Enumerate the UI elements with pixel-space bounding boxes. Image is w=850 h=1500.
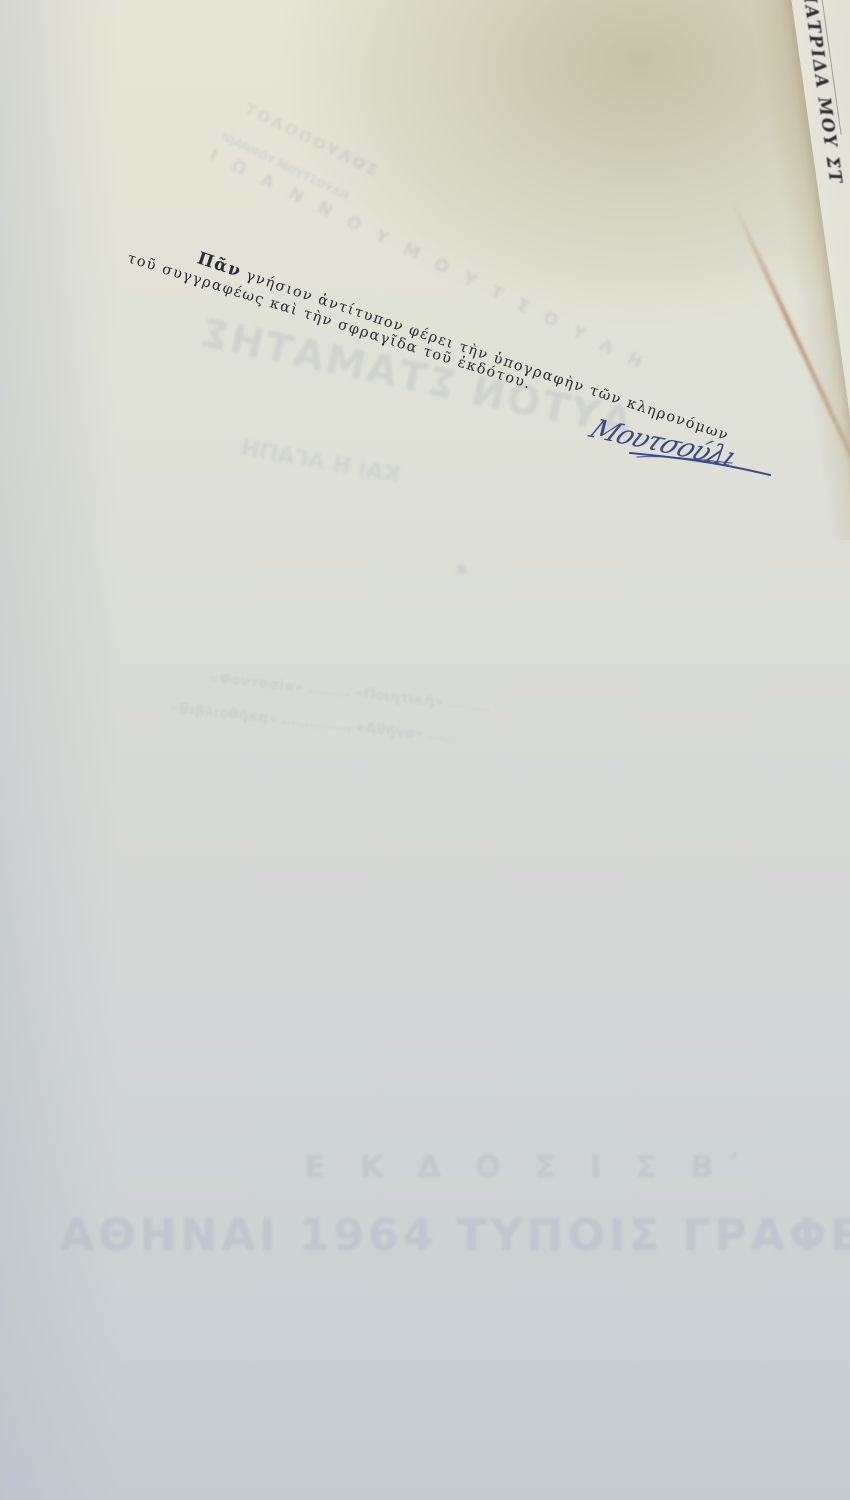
showthrough-top-line-1: ΤΟΛΟΠΟΥΛΟΣ	[242, 100, 383, 181]
showthrough-top-line-2: ΙΩΑΝΝΟΥ ΜΟΥΤΣΟΥΛΗ	[219, 130, 350, 203]
showthrough-subtitle: ΚΑΙ Η ΑΓΑΠΗ	[239, 436, 402, 489]
showthrough-note-2: «Βιβλιοθήκη» …………… «Αθήνα» ……	[169, 700, 457, 746]
page-shading	[0, 0, 120, 1500]
notice-line-2: τοῦ συγγραφέως καὶ τὴν σφραγῖδα τοῦ ἐκδό…	[126, 250, 534, 392]
showthrough-imprint: ΑΘΗΝΑΙ 1964 ΤΥΠΟΙΣ ΓΡΑΦΕΙΟΥ	[60, 1210, 850, 1261]
signature: Μουτσούλι	[592, 405, 777, 485]
book-page: ΤΟΛΟΠΟΥΛΟΣ ΙΩΑΝΝΟΥ ΜΟΥΤΣΟΥΛΗ Ι Ω Α Ν Ν Ο…	[0, 0, 850, 1500]
showthrough-note-1: «Φαντασία» ……… «Ποιητική» ………	[209, 670, 491, 715]
showthrough-ornament-icon: ✱	[455, 560, 468, 579]
adjacent-page-text: ΠΑΤΡΙΔΑ ΜΟΥ ΣΤ	[798, 0, 846, 186]
adjacent-page: ΠΑΤΡΙΔΑ ΜΟΥ ΣΤ	[790, 0, 850, 505]
showthrough-edition: Ε Κ Δ Ο Σ Ι Σ Β΄	[305, 1150, 751, 1185]
signature-underline-icon	[592, 405, 777, 485]
